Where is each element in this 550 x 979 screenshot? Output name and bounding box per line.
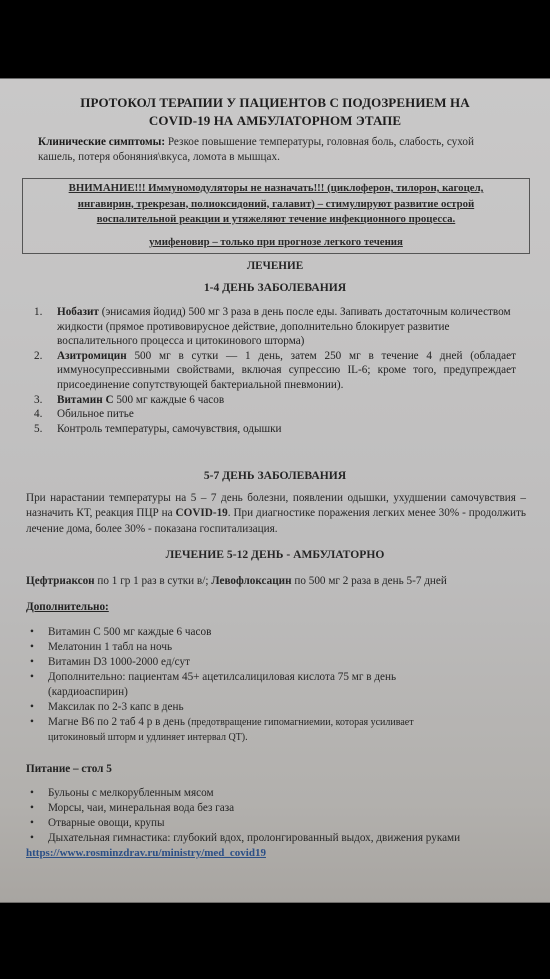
list-item: •Морсы, чаи, минеральная вода без газа	[30, 801, 540, 816]
bullet-icon: •	[30, 786, 34, 801]
warning-line-1: ВНИМАНИЕ!!! Иммуномодуляторы не назначат…	[27, 181, 525, 197]
list-item-text: Витамин С 500 мг каждые 6 часов	[48, 626, 211, 638]
warning-umifenovir-note: умифеновир – только при прогнозе легкого…	[27, 235, 525, 250]
list-item-text: Обильное питье	[57, 408, 134, 420]
list-item-text: Дыхательная гимнастика: глубокий вдох, п…	[48, 832, 460, 844]
levofloxacin-dosage: по 500 мг 2 раза в день 5-7 дней	[292, 575, 447, 587]
list-item-number: 5.	[34, 422, 42, 437]
days-1-4-list: 1.Нобазит (энисамия йодид) 500 мг 3 раза…	[34, 305, 516, 436]
days-1-4-heading: 1-4 ДЕНЬ ЗАБОЛЕВАНИЯ	[0, 280, 550, 295]
covid-19-label: COVID-19	[176, 507, 228, 519]
bullet-icon: •	[30, 831, 34, 846]
additional-list: •Витамин С 500 мг каждые 6 часов•Мелатон…	[30, 625, 470, 745]
list-item: 2.Азитромицин 500 мг в сутки — 1 день, з…	[34, 349, 516, 393]
treatment-heading: ЛЕЧЕНИЕ	[0, 259, 550, 274]
list-item-number: 3.	[34, 393, 42, 408]
list-item: •Мелатонин 1 табл на ночь	[30, 640, 470, 655]
list-item-number: 2.	[34, 349, 42, 364]
list-item-text: Контроль температуры, самочувствия, одыш…	[57, 423, 282, 435]
page-title: ПРОТОКОЛ ТЕРАПИИ У ПАЦИЕНТОВ С ПОДОЗРЕНИ…	[20, 94, 530, 130]
list-item: •Дополнительно: пациентам 45+ ацетилсали…	[30, 670, 470, 700]
warning-text: ВНИМАНИЕ!!! Иммуномодуляторы не назначат…	[27, 181, 525, 228]
list-item-text: Дополнительно: пациентам 45+ ацетилсалиц…	[48, 671, 396, 698]
bullet-icon: •	[30, 816, 34, 831]
ceftriaxone-label: Цефтриаксон	[26, 575, 95, 587]
drug-name: Витамин С	[57, 394, 114, 406]
list-item-text: 500 мг каждые 6 часов	[114, 394, 225, 406]
list-item: •Максилак по 2-3 капс в день	[30, 700, 470, 715]
title-line-1: ПРОТОКОЛ ТЕРАПИИ У ПАЦИЕНТОВ С ПОДОЗРЕНИ…	[20, 94, 530, 112]
bullet-icon: •	[30, 700, 34, 715]
list-item: 4.Обильное питье	[34, 407, 516, 422]
list-item-text: Отварные овощи, крупы	[48, 817, 165, 829]
additional-heading: Дополнительно:	[26, 600, 109, 615]
warning-box: ВНИМАНИЕ!!! Иммуномодуляторы не назначат…	[22, 178, 530, 254]
list-item: •Дыхательная гимнастика: глубокий вдох, …	[30, 831, 540, 846]
list-item-number: 4.	[34, 407, 42, 422]
source-link[interactable]: https://www.rosminzdrav.ru/ministry/med_…	[26, 846, 266, 861]
list-item-text: Морсы, чаи, минеральная вода без газа	[48, 802, 234, 814]
list-item-text: 500 мг в сутки — 1 день, затем 250 мг в …	[57, 350, 516, 391]
list-item-text: Максилак по 2-3 капс в день	[48, 701, 184, 713]
list-item: •Бульоны с мелкорубленным мясом	[30, 786, 540, 801]
nutrition-heading: Питание – стол 5	[26, 762, 112, 777]
list-item: 3.Витамин С 500 мг каждые 6 часов	[34, 393, 516, 408]
bullet-icon: •	[30, 670, 34, 685]
bullet-icon: •	[30, 655, 34, 670]
bullet-icon: •	[30, 715, 34, 730]
bullet-icon: •	[30, 640, 34, 655]
list-item: 1.Нобазит (энисамия йодид) 500 мг 3 раза…	[34, 305, 516, 349]
list-item: •Витамин D3 1000-2000 ед/сут	[30, 655, 470, 670]
list-item-text: Мелатонин 1 табл на ночь	[48, 641, 172, 653]
nutrition-list: •Бульоны с мелкорубленным мясом•Морсы, ч…	[30, 786, 540, 846]
antibiotics-line: Цефтриаксон по 1 гр 1 раз в сутки в/; Ле…	[26, 574, 546, 589]
list-item-number: 1.	[34, 305, 42, 320]
bullet-icon: •	[30, 625, 34, 640]
list-item-text: Бульоны с мелкорубленным мясом	[48, 787, 214, 799]
days-5-12-heading: ЛЕЧЕНИЕ 5-12 ДЕНЬ - АМБУЛАТОРНО	[0, 547, 550, 562]
warning-line-3: воспалительной реакции и утяжеляют течен…	[27, 212, 525, 228]
levofloxacin-label: Левофлоксацин	[211, 575, 291, 587]
title-line-2: COVID-19 НА АМБУЛАТОРНОМ ЭТАПЕ	[20, 112, 530, 130]
drug-name: Азитромицин	[57, 350, 127, 362]
list-item-text: Витамин D3 1000-2000 ед/сут	[48, 656, 190, 668]
symptoms-label: Клинические симптомы:	[38, 136, 165, 148]
bullet-icon: •	[30, 801, 34, 816]
list-item: •Витамин С 500 мг каждые 6 часов	[30, 625, 470, 640]
days-5-7-heading: 5-7 ДЕНЬ ЗАБОЛЕВАНИЯ	[0, 468, 550, 483]
list-item: •Магне В6 по 2 таб 4 р в день (предотвра…	[30, 715, 470, 745]
list-item-text: (энисамия йодид) 500 мг 3 раза в день по…	[57, 306, 511, 347]
list-item: •Отварные овощи, крупы	[30, 816, 540, 831]
document-photo: ПРОТОКОЛ ТЕРАПИИ У ПАЦИЕНТОВ С ПОДОЗРЕНИ…	[0, 78, 550, 903]
clinical-symptoms: Клинические симптомы: Резкое повышение т…	[38, 135, 508, 165]
days-5-7-paragraph: При нарастании температуры на 5 – 7 день…	[26, 491, 526, 537]
ceftriaxone-dosage: по 1 гр 1 раз в сутки в/;	[95, 575, 212, 587]
drug-name: Нобазит	[57, 306, 99, 318]
list-item-text: Магне В6 по 2 таб 4 р в день	[48, 716, 188, 728]
warning-line-2: ингавирин, трекрезан, полиоксидоний, гал…	[27, 197, 525, 213]
list-item: 5.Контроль температуры, самочувствия, од…	[34, 422, 516, 437]
